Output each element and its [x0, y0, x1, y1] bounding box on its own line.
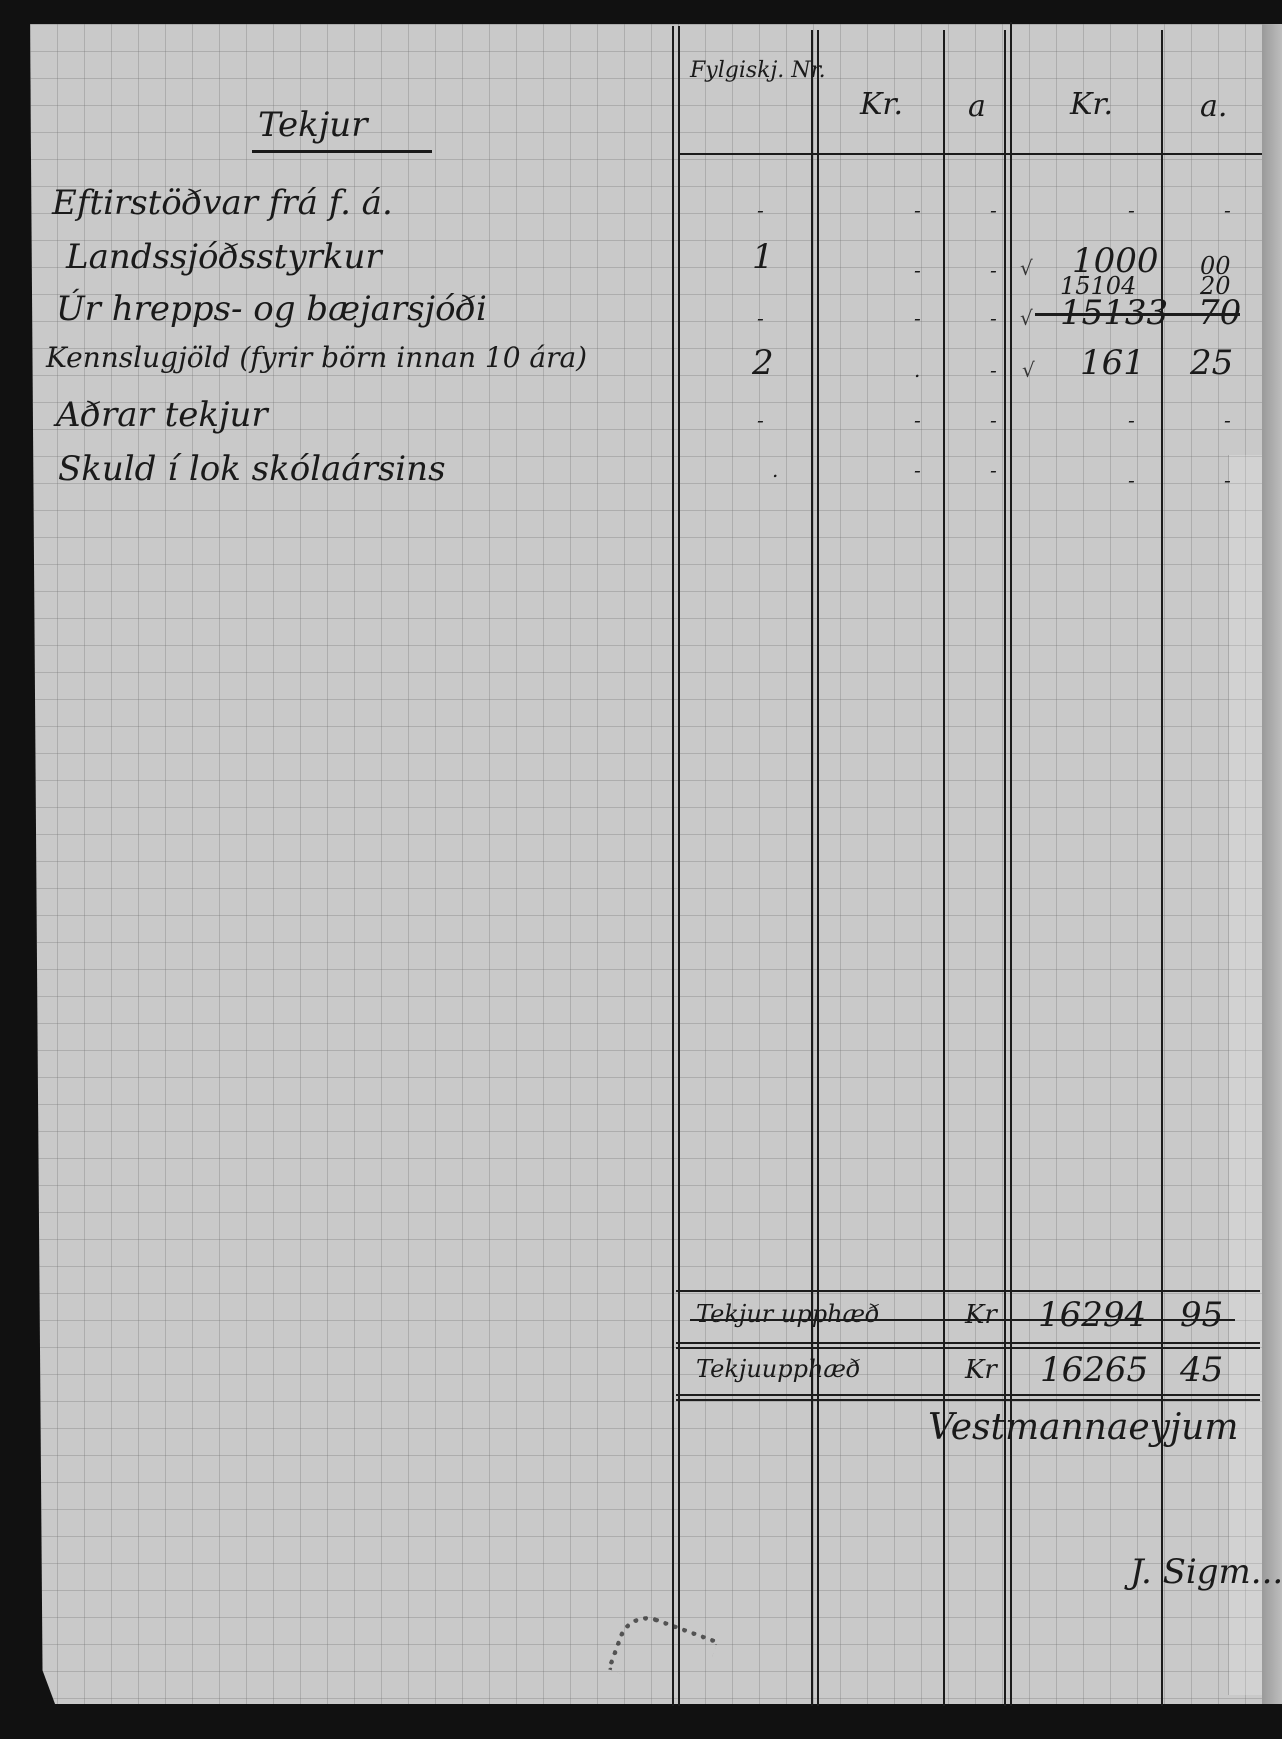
column-rule: [1010, 22, 1012, 1706]
cell-ref-no: 2: [752, 346, 774, 380]
row-label: Landssjóðsstyrkur: [66, 240, 382, 274]
column-rule: [678, 26, 680, 1706]
cell-kr-1: .: [914, 360, 920, 380]
cell-a-1: -: [990, 460, 997, 480]
cell-kr-1: -: [914, 260, 921, 280]
total-kr-struck: 16294: [1038, 1298, 1146, 1332]
cell-kr-2: -: [1128, 200, 1135, 220]
cell-ref-no: 1: [752, 240, 774, 274]
column-rule: [811, 30, 813, 1706]
column-rule: [672, 26, 674, 1706]
column-rule: [1004, 30, 1006, 1706]
check-mark-icon: √: [1020, 258, 1033, 278]
cell-kr-2: -: [1128, 410, 1135, 430]
total-currency: Kr: [965, 1302, 997, 1328]
cell-kr-1: -: [914, 200, 921, 220]
place-name: Vestmannaeyjum: [928, 1410, 1239, 1446]
column-rule: [817, 30, 819, 1706]
cell-a-1: -: [990, 308, 997, 328]
page-edge: [1262, 24, 1282, 1704]
total-kr: 16265: [1040, 1353, 1148, 1387]
header-a-2: a.: [1200, 92, 1227, 122]
row-label: Skuld í lok skólaársins: [58, 452, 446, 486]
header-kr-1: Kr.: [860, 90, 903, 120]
cell-ref-no: -: [757, 410, 764, 430]
title-underline: [252, 150, 432, 153]
check-mark-icon: √: [1022, 360, 1035, 380]
cell-ref-no: -: [757, 308, 764, 328]
column-rule: [943, 30, 945, 1706]
column-rule: [1161, 30, 1163, 1706]
row-label: Kennslugjöld (fyrir börn innan 10 ára): [46, 344, 587, 372]
totals-rule: [676, 1394, 1260, 1396]
cell-a-2: -: [1224, 200, 1231, 220]
strike-line: [690, 1319, 1235, 1321]
cell-a-2: -: [1224, 410, 1231, 430]
cell-a-1: -: [990, 360, 997, 380]
totals-rule: [676, 1399, 1260, 1401]
header-rule: [680, 153, 1262, 155]
total-a: 45: [1180, 1353, 1223, 1387]
header-kr-2: Kr.: [1070, 90, 1113, 120]
cell-kr-2: -: [1128, 470, 1135, 490]
cell-a-1: -: [990, 410, 997, 430]
row-label: Aðrar tekjur: [56, 398, 268, 432]
cell-a-1: -: [990, 200, 997, 220]
cell-kr-1: -: [914, 410, 921, 430]
total-currency: Kr: [965, 1357, 997, 1383]
header-a-1: a: [968, 92, 986, 122]
cell-a-2: 25: [1190, 346, 1233, 380]
row-label: Eftirstöðvar frá f. á.: [52, 186, 393, 220]
cell-kr-2: 161: [1080, 346, 1145, 380]
total-a-struck: 95: [1180, 1298, 1223, 1332]
row-label: Úr hrepps- og bæjarsjóði: [56, 292, 487, 326]
cell-a-1: -: [990, 260, 997, 280]
check-mark-icon: √: [1020, 308, 1033, 328]
page-title: Tekjur: [258, 108, 367, 142]
cell-ref-no: -: [757, 200, 764, 220]
total-label-struck: Tekjur upphæð: [696, 1302, 880, 1326]
signature: J. Sigm...: [1130, 1555, 1282, 1589]
totals-rule: [676, 1342, 1260, 1344]
strike-line: [1035, 313, 1240, 316]
totals-rule: [676, 1347, 1260, 1349]
header-ref-no: Fylgiskj. Nr.: [690, 60, 826, 82]
totals-rule: [676, 1290, 1260, 1292]
cell-kr-1: -: [914, 460, 921, 480]
cell-a-2: -: [1224, 470, 1231, 490]
cell-ref-no: .: [772, 460, 778, 480]
total-label: Tekjuupphæð: [696, 1357, 860, 1381]
cell-kr-1: -: [914, 308, 921, 328]
